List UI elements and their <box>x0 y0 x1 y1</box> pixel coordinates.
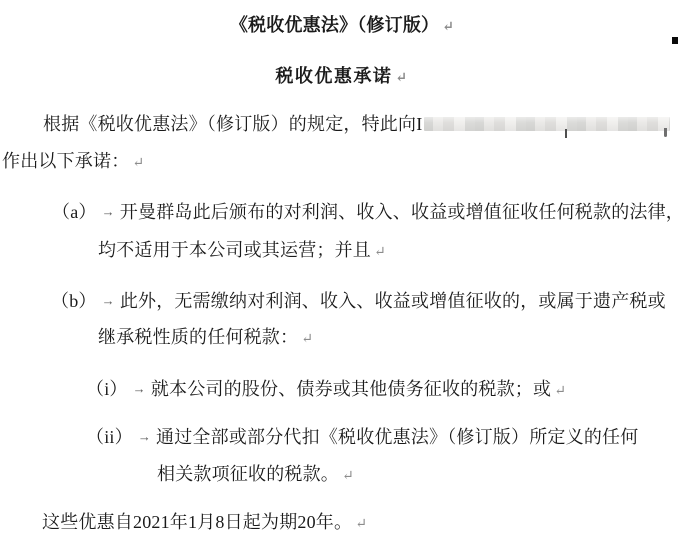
subitem-ii-text-2: 相关款项征收的税款。 <box>157 464 339 484</box>
paragraph-mark: ↵ <box>132 156 144 171</box>
doc-subtitle: 税收优惠承诺 <box>275 66 392 86</box>
item-b-line-1: （b）→此外，无需缴纳对利润、收入、收益或增值征收的，或属于遗产税或 <box>51 289 666 313</box>
item-a-line-2: 均不适用于本公司或其运营；并且↵ <box>98 238 386 265</box>
intro-text-2: 作出以下承诺： <box>2 151 129 171</box>
item-b-text-2: 继承税性质的任何税款： <box>98 327 298 347</box>
paragraph-mark: ↵ <box>395 71 408 86</box>
intro-line-2: 作出以下承诺：↵ <box>2 149 144 176</box>
closing-text: 这些优惠自2021年1月8日起为期20年。 <box>42 512 352 532</box>
document-page: 《税收优惠法》（修订版）↵ 税收优惠承诺↵ 根据《税收优惠法》（修订版）的规定，… <box>0 0 684 542</box>
item-a-text-1: 开曼群岛此后颁布的对利润、收入、收益或增值征收任何税款的法律， <box>120 202 684 222</box>
paragraph-mark: ↵ <box>442 20 454 35</box>
item-a-line-1: （a）→开曼群岛此后颁布的对利润、收入、收益或增值征收任何税款的法律， <box>52 200 684 224</box>
tab-mark: → <box>138 429 151 444</box>
black-square-mark <box>672 37 678 44</box>
tab-mark: → <box>133 381 146 396</box>
intro-line-1: 根据《税收优惠法》（修订版）的规定，特此向I <box>43 112 670 136</box>
paragraph-mark: ↵ <box>355 517 367 532</box>
redaction-artifact <box>664 128 667 137</box>
doc-title-line: 《税收优惠法》（修订版）↵ <box>0 13 684 40</box>
item-b-text-1: 此外，无需缴纳对利润、收入、收益或增值征收的，或属于遗产税或 <box>120 291 666 311</box>
redaction-block <box>424 117 670 131</box>
closing-line: 这些优惠自2021年1月8日起为期20年。↵ <box>42 510 367 537</box>
intro-text-1: 根据《税收优惠法》（修订版）的规定，特此向I <box>43 114 422 134</box>
paragraph-mark: ↵ <box>301 332 313 347</box>
doc-subtitle-line: 税收优惠承诺↵ <box>0 64 684 91</box>
subitem-i-label: （i） <box>86 379 128 399</box>
paragraph-mark: ↵ <box>554 384 566 399</box>
subitem-ii-text-1: 通过全部或部分代扣《税收优惠法》（修订版）所定义的任何 <box>156 427 638 447</box>
subitem-ii-line-2: 相关款项征收的税款。↵ <box>157 462 354 489</box>
subitem-ii-line-1: （ii）→通过全部或部分代扣《税收优惠法》（修订版）所定义的任何 <box>86 425 638 449</box>
paragraph-mark: ↵ <box>342 469 354 484</box>
subitem-ii-label: （ii） <box>86 427 133 447</box>
item-a-text-2: 均不适用于本公司或其运营；并且 <box>98 240 371 260</box>
subitem-i-line: （i）→就本公司的股份、债券或其他债务征收的税款；或↵ <box>86 377 566 404</box>
item-b-label: （b） <box>51 291 97 311</box>
item-b-line-2: 继承税性质的任何税款：↵ <box>98 325 313 352</box>
tab-mark: → <box>102 204 115 219</box>
item-a-label: （a） <box>52 202 97 222</box>
redaction-artifact <box>565 129 567 138</box>
subitem-i-text: 就本公司的股份、债券或其他债务征收的税款；或 <box>151 379 551 399</box>
paragraph-mark: ↵ <box>374 245 386 260</box>
tab-mark: → <box>102 293 115 308</box>
doc-title: 《税收优惠法》（修订版） <box>230 15 439 35</box>
